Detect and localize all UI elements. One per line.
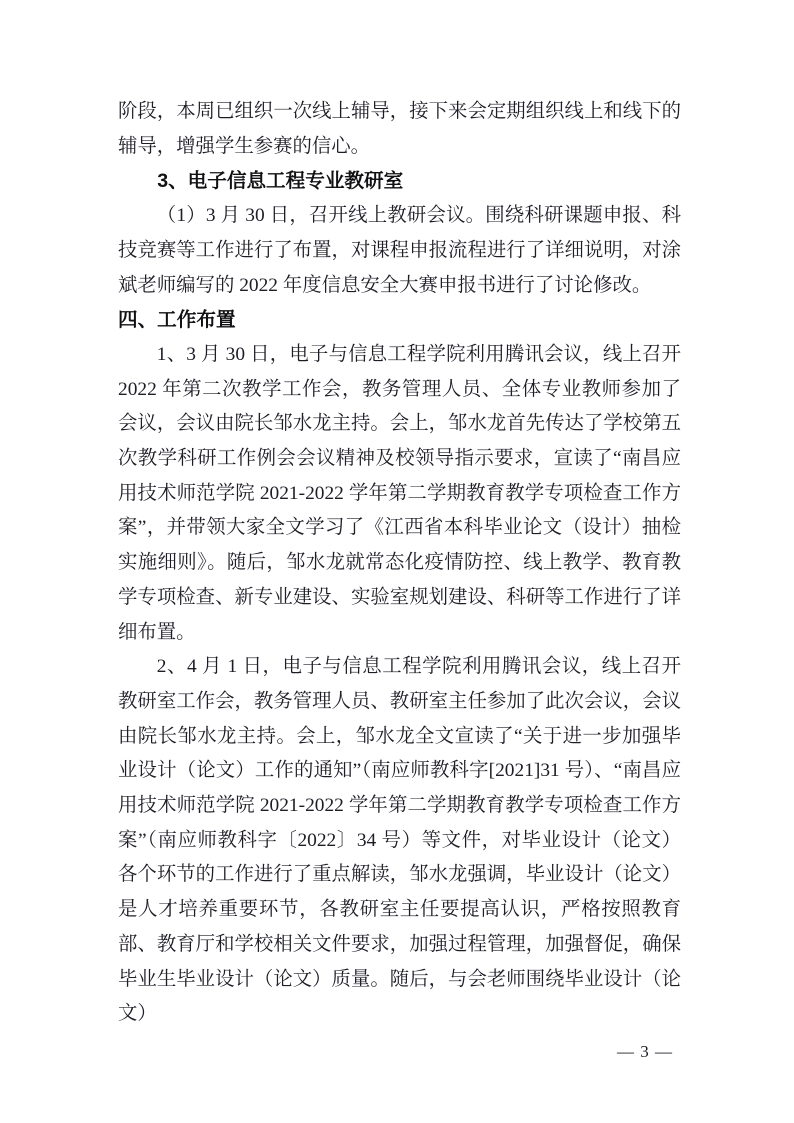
- page-number: — 3 —: [617, 1043, 673, 1060]
- paragraph-continuation: 阶段，本周已组织一次线上辅导，接下来会定期组织线上和线下的辅导，增强学生参赛的信…: [118, 95, 681, 164]
- subheading-electronic-info-office: 3、电子信息工程专业教研室: [118, 164, 681, 199]
- paragraph-teaching-work-meeting: 1、3 月 30 日，电子与信息工程学院利用腾讯会议，线上召开 2022 年第二…: [118, 338, 681, 650]
- paragraph-research-meeting: （1）3 月 30 日，召开线上教研会议。围绕科研课题申报、科技竞赛等工作进行了…: [118, 199, 681, 303]
- page-content: 阶段，本周已组织一次线上辅导，接下来会定期组织线上和线下的辅导，增强学生参赛的信…: [118, 95, 681, 1032]
- document-page: 阶段，本周已组织一次线上辅导，接下来会定期组织线上和线下的辅导，增强学生参赛的信…: [0, 0, 794, 1123]
- paragraph-teaching-office-meeting: 2、4 月 1 日，电子与信息工程学院利用腾讯会议，线上召开教研室工作会，教务管…: [118, 650, 681, 1032]
- heading-section-work-arrangement: 四、工作布置: [118, 303, 681, 338]
